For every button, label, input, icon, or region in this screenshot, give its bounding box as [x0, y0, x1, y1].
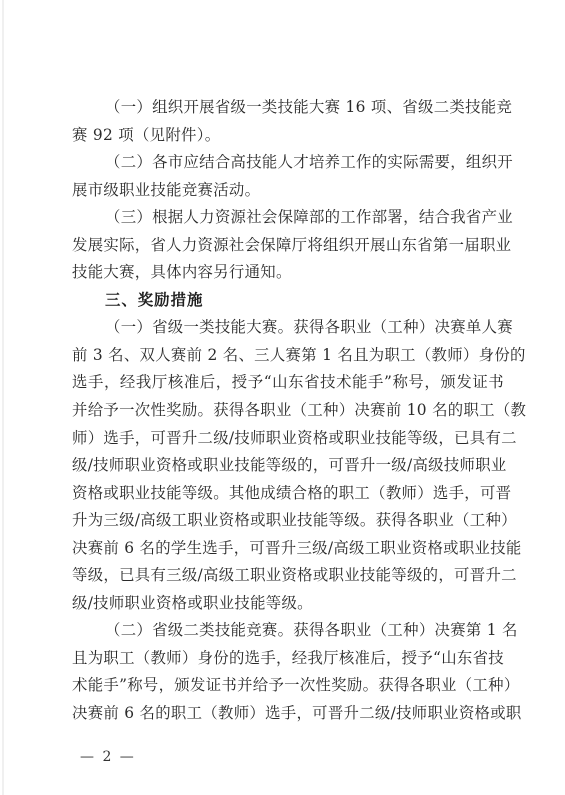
text-line: 技能大赛，具体内容另行通知。: [72, 262, 504, 290]
text-line: 术能手”称号，颁发证书并给予一次性奖励。获得各职业（工种）: [72, 675, 504, 703]
text-line: 等级，已具有三级/高级工职业资格或职业技能等级的，可晋升二: [72, 565, 504, 593]
text-line: 且为职工（教师）身份的选手，经我厅核准后，授予“山东省技: [72, 648, 504, 676]
text-line: 级/技师职业资格或职业技能等级。: [72, 593, 504, 621]
section-heading: 三、奖励措施: [72, 290, 504, 318]
text-line: 资格或职业技能等级。其他成绩合格的职工（教师）选手，可晋: [72, 483, 504, 511]
scan-edge-shadow: [2, 0, 4, 795]
text-line: 发展实际，省人力资源社会保障厅将组织开展山东省第一届职业: [72, 235, 504, 263]
text-line: （二）各市应结合高技能人才培养工作的实际需要，组织开: [72, 152, 504, 180]
text-line: 选手，经我厅核准后，授予“山东省技术能手”称号，颁发证书: [72, 372, 504, 400]
text-line: （一）组织开展省级一类技能大赛 16 项、省级二类技能竞: [72, 97, 504, 125]
text-line: 决赛前 6 名的学生选手，可晋升三级/高级工职业资格或职业技能: [72, 538, 504, 566]
text-line: 展市级职业技能竞赛活动。: [72, 180, 504, 208]
document-body: （一）组织开展省级一类技能大赛 16 项、省级二类技能竞 赛 92 项（见附件）…: [72, 97, 504, 731]
text-line: 赛 92 项（见附件）。: [72, 125, 504, 153]
text-line: （三）根据人力资源社会保障部的工作部署，结合我省产业: [72, 207, 504, 235]
text-line: 前 3 名、双人赛前 2 名、三人赛第 1 名且为职工（教师）身份的: [72, 345, 504, 373]
text-line: 级/技师职业资格或职业技能等级的，可晋升一级/高级技师职业: [72, 455, 504, 483]
text-line: 师）选手，可晋升二级/技师职业资格或职业技能等级，已具有二: [72, 428, 504, 456]
text-line: （一）省级一类技能大赛。获得各职业（工种）决赛单人赛: [72, 317, 504, 345]
text-line: （二）省级二类技能竞赛。获得各职业（工种）决赛第 1 名: [72, 620, 504, 648]
text-line: 决赛前 6 名的职工（教师）选手，可晋升二级/技师职业资格或职: [72, 703, 504, 731]
text-line: 升为三级/高级工职业资格或职业技能等级。获得各职业（工种）: [72, 510, 504, 538]
page-number: — 2 —: [80, 749, 136, 765]
text-line: 并给予一次性奖励。获得各职业（工种）决赛前 10 名的职工（教: [72, 400, 504, 428]
